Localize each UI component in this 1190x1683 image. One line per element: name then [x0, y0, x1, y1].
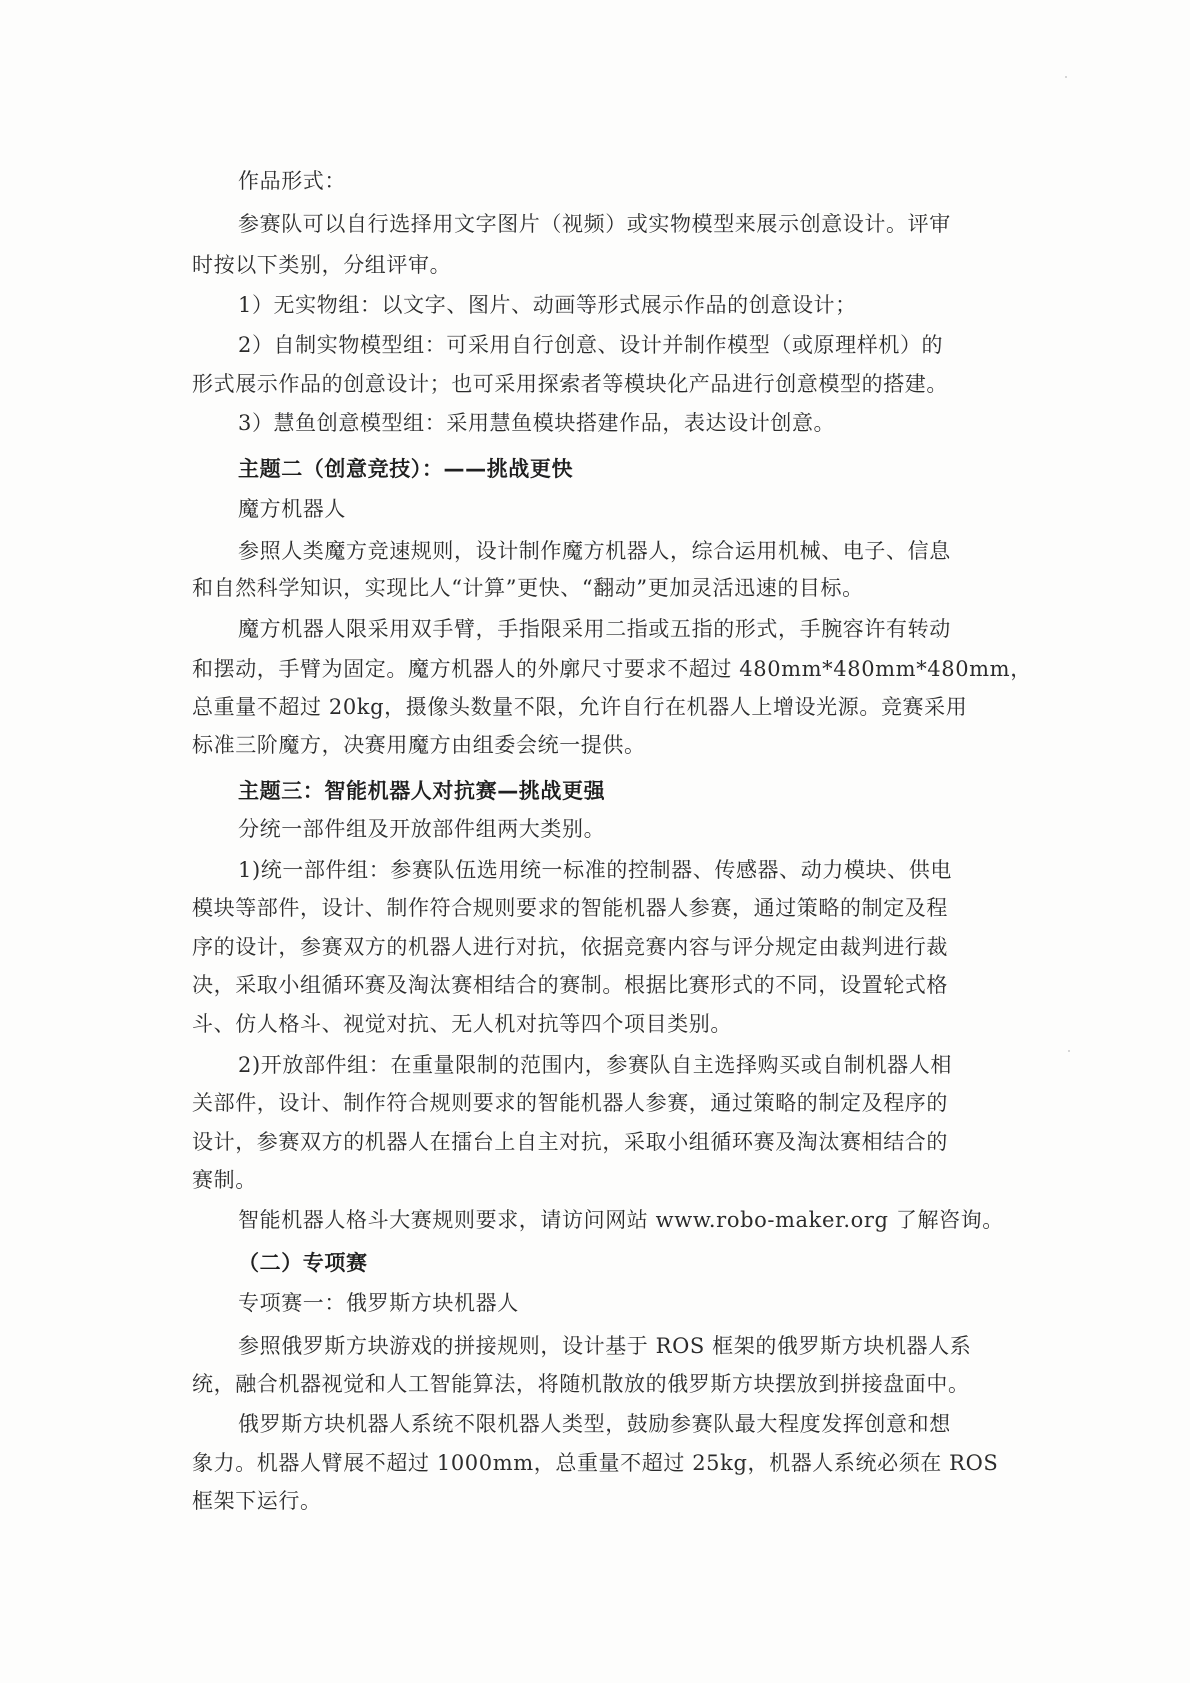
- paragraph-line: 决，采取小组循环赛及淘汰赛相结合的赛制。根据比赛形式的不同，设置轮式格: [192, 970, 998, 1000]
- paragraph-line: 序的设计，参赛双方的机器人进行对抗，依据竞赛内容与评分规定由裁判进行裁: [192, 932, 998, 962]
- paragraph-line: 俄罗斯方块机器人系统不限机器人类型，鼓励参赛队最大程度发挥创意和想: [238, 1409, 998, 1439]
- paragraph-line: 专项赛一：俄罗斯方块机器人: [238, 1288, 998, 1318]
- document-page: 作品形式：参赛队可以自行选择用文字图片（视频）或实物模型来展示创意设计。评审时按…: [0, 0, 1190, 1683]
- paragraph-line: 和摆动，手臂为固定。魔方机器人的外廓尺寸要求不超过 480mm*480mm*48…: [192, 654, 998, 684]
- paragraph-line: 分统一部件组及开放部件组两大类别。: [238, 814, 998, 844]
- section-heading: 主题二（创意竞技）：——挑战更快: [238, 454, 998, 484]
- paragraph-line: 关部件，设计、制作符合规则要求的智能机器人参赛，通过策略的制定及程序的: [192, 1088, 998, 1118]
- paragraph-line: 3）慧鱼创意模型组：采用慧鱼模块搭建作品，表达设计创意。: [238, 408, 998, 438]
- paragraph-line: 形式展示作品的创意设计；也可采用探索者等模块化产品进行创意模型的搭建。: [192, 369, 998, 399]
- paragraph-line: 魔方机器人限采用双手臂，手指限采用二指或五指的形式，手腕容许有转动: [238, 614, 998, 644]
- paragraph-line: 赛制。: [192, 1165, 998, 1195]
- section-heading: 主题三：智能机器人对抗赛—挑战更强: [238, 776, 998, 806]
- paragraph-line: 2)开放部件组：在重量限制的范围内，参赛队自主选择购买或自制机器人相: [238, 1050, 998, 1080]
- paragraph-line: 参照俄罗斯方块游戏的拼接规则，设计基于 ROS 框架的俄罗斯方块机器人系: [238, 1331, 998, 1361]
- scan-speck: [1068, 1050, 1070, 1052]
- paragraph-line: 2）自制实物模型组：可采用自行创意、设计并制作模型（或原理样机）的: [238, 330, 998, 360]
- paragraph-line: 参照人类魔方竞速规则，设计制作魔方机器人，综合运用机械、电子、信息: [238, 536, 998, 566]
- paragraph-line: 斗、仿人格斗、视觉对抗、无人机对抗等四个项目类别。: [192, 1009, 998, 1039]
- paragraph-line: 参赛队可以自行选择用文字图片（视频）或实物模型来展示创意设计。评审: [238, 209, 998, 239]
- paragraph-line: 框架下运行。: [192, 1486, 998, 1516]
- paragraph-line: 智能机器人格斗大赛规则要求，请访问网站 www.robo-maker.org 了…: [238, 1205, 998, 1235]
- paragraph-line: 模块等部件，设计、制作符合规则要求的智能机器人参赛，通过策略的制定及程: [192, 893, 998, 923]
- paragraph-line: 和自然科学知识，实现比人“计算”更快、“翻动”更加灵活迅速的目标。: [192, 573, 998, 603]
- paragraph-line: 魔方机器人: [238, 494, 998, 524]
- paragraph-line: 统，融合机器视觉和人工智能算法，将随机散放的俄罗斯方块摆放到拼接盘面中。: [192, 1369, 998, 1399]
- paragraph-line: 总重量不超过 20kg，摄像头数量不限，允许自行在机器人上增设光源。竞赛采用: [192, 692, 998, 722]
- paragraph-line: 1）无实物组：以文字、图片、动画等形式展示作品的创意设计；: [238, 290, 998, 320]
- paragraph-line: 时按以下类别，分组评审。: [192, 250, 998, 280]
- paragraph-line: 标准三阶魔方，决赛用魔方由组委会统一提供。: [192, 730, 998, 760]
- paragraph-line: 1)统一部件组：参赛队伍选用统一标准的控制器、传感器、动力模块、供电: [238, 855, 998, 885]
- scan-speck: [1065, 76, 1067, 78]
- paragraph-line: 象力。机器人臂展不超过 1000mm，总重量不超过 25kg，机器人系统必须在 …: [192, 1448, 998, 1478]
- paragraph-line: 设计，参赛双方的机器人在擂台上自主对抗，采取小组循环赛及淘汰赛相结合的: [192, 1127, 998, 1157]
- section-heading: （二）专项赛: [238, 1248, 998, 1278]
- paragraph-line: 作品形式：: [238, 166, 998, 196]
